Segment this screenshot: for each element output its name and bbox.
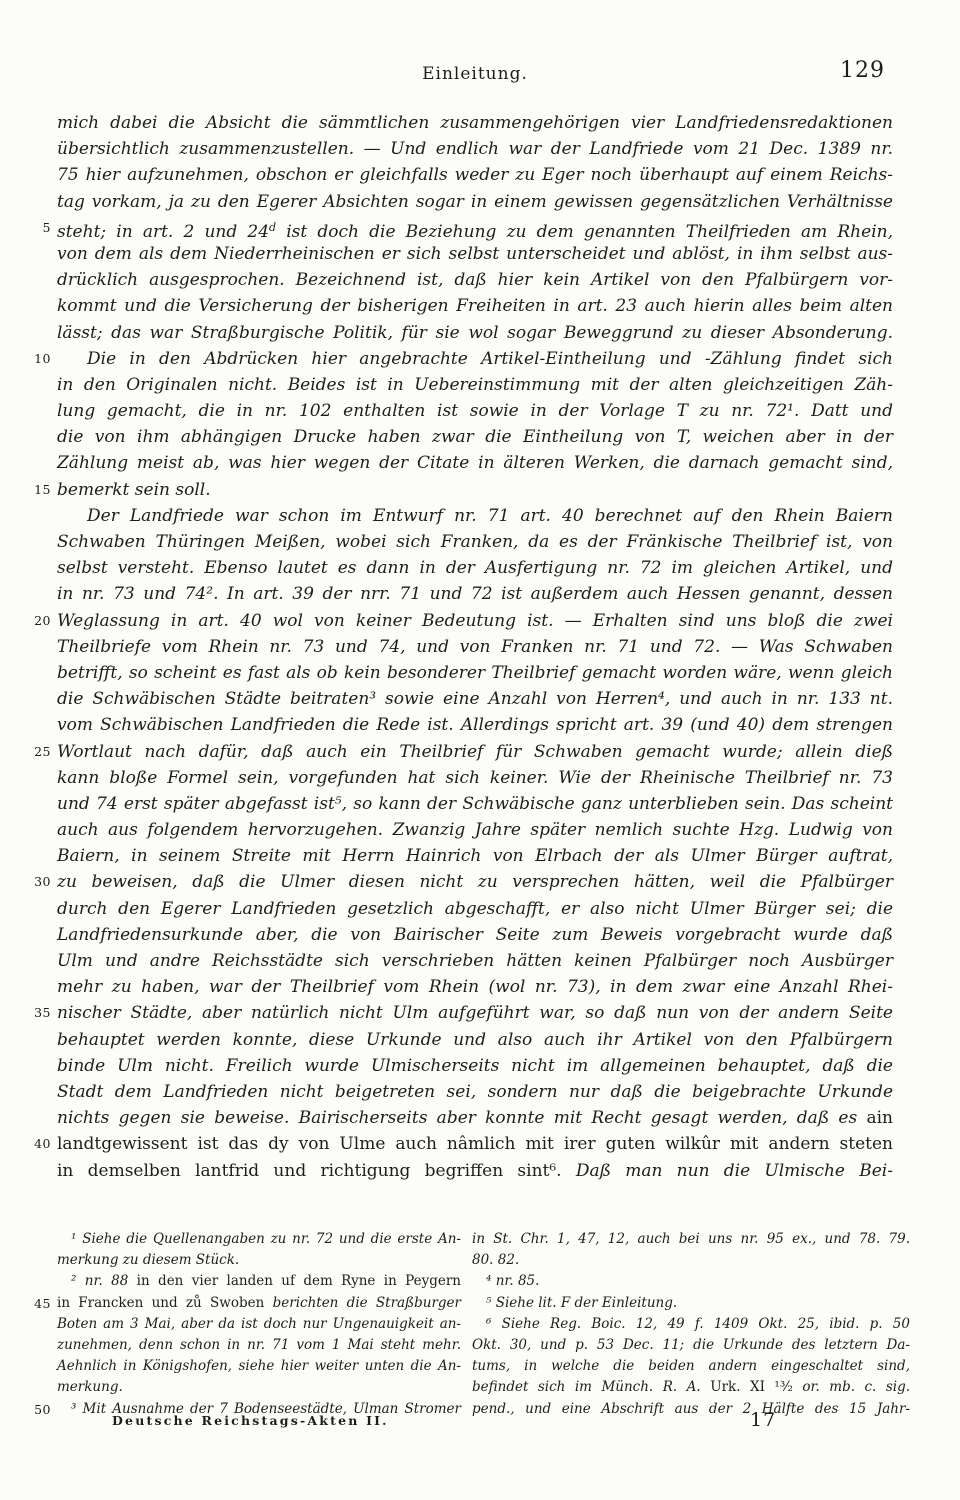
text-line: die von ihm abhängigen Drucke haben zwar… — [57, 424, 893, 450]
text-line: selbst versteht. Ebenso lautet es dann i… — [57, 555, 893, 581]
text-segment: Theilbriefe vom Rhein nr. 73 und 74, und… — [57, 637, 893, 657]
margin-line-number: 25 — [21, 739, 51, 765]
text-segment: Aehnlich in Königshofen, siehe hier weit… — [57, 1358, 461, 1374]
text-line: mich dabei die Absicht die sämmtlichen z… — [57, 110, 893, 136]
text-segment: Daß man nun die Ulmische Bei- — [562, 1161, 893, 1181]
text-segment: Die in den Abdrücken hier angebrachte Ar… — [87, 349, 893, 369]
text-line: 40landtgewissent ist das dy von Ulme auc… — [57, 1131, 893, 1157]
text-segment: auch aus folgendem hervorzugehen. Zwanzi… — [57, 820, 893, 840]
page-number: 129 — [840, 58, 885, 83]
text-segment: selbst versteht. Ebenso lautet es dann i… — [57, 558, 893, 578]
text-segment: tums, in welche die beiden andern einges… — [472, 1358, 910, 1374]
text-segment: steht; in art. 2 und 24 — [57, 222, 269, 242]
text-segment: und 74 erst später abgefasst ist⁵, so ka… — [57, 794, 893, 814]
text-line: die Schwäbischen Städte beitraten³ sowie… — [57, 686, 893, 712]
running-head: Einleitung. 129 — [57, 64, 893, 94]
sheet-number: 17 — [750, 1409, 776, 1431]
text-line: 5steht; in art. 2 und 24d ist doch die B… — [57, 215, 893, 241]
text-segment: ain — [866, 1108, 893, 1128]
text-segment: Baiern, in seinem Streite mit Herrn Hain… — [57, 846, 893, 866]
margin-line-number: 20 — [21, 608, 51, 634]
text-segment: zu beweisen, daß die Ulmer diesen nicht … — [57, 872, 893, 892]
text-line: ¹ Siehe die Quellenangaben zu nr. 72 und… — [57, 1229, 461, 1250]
text-line: 10Die in den Abdrücken hier angebrachte … — [57, 346, 893, 372]
text-segment: die von ihm abhängigen Drucke haben zwar… — [57, 427, 893, 447]
text-segment: nischer Städte, aber natürlich nicht Ulm… — [57, 1003, 893, 1023]
text-line: durch den Egerer Landfrieden gesetzlich … — [57, 896, 893, 922]
text-line: Boten am 3 Mai, aber da ist doch nur Ung… — [57, 1314, 461, 1335]
text-line: Aehnlich in Königshofen, siehe hier weit… — [57, 1356, 461, 1377]
text-segment: in den vier landen uf dem Ryne in Peyger… — [137, 1273, 461, 1289]
text-segment: behauptet werden konnte, diese Urkunde u… — [57, 1030, 893, 1050]
text-line: Zählung meist ab, was hier wegen der Cit… — [57, 450, 893, 476]
text-segment: binde Ulm nicht. Freilich wurde Ulmische… — [57, 1056, 893, 1076]
book-page: Einleitung. 129 mich dabei die Absicht d… — [0, 0, 960, 1500]
text-segment: ⁶ Siehe Reg. Boic. 12, 49 f. 1409 Okt. 2… — [486, 1316, 910, 1332]
text-line: in den Originalen nicht. Beides ist in U… — [57, 372, 893, 398]
text-line: vom Schwäbischen Landfrieden die Rede is… — [57, 712, 893, 738]
text-segment: in den Originalen nicht. Beides ist in U… — [57, 375, 893, 395]
text-segment: die Schwäbischen Städte beitraten³ sowie… — [57, 689, 893, 709]
text-line: Theilbriefe vom Rhein nr. 73 und 74, und… — [57, 634, 893, 660]
text-segment: mich dabei die Absicht die sämmtlichen z… — [57, 113, 893, 133]
text-line: Stadt dem Landfrieden nicht beigetreten … — [57, 1079, 893, 1105]
text-line: Okt. 30, und p. 53 Dec. 11; die Urkunde … — [472, 1335, 910, 1356]
text-line: nichts gegen sie beweise. Bairischerseit… — [57, 1105, 893, 1131]
text-line: ⁵ Siehe lit. F der Einleitung. — [472, 1293, 910, 1314]
text-segment: Ulm und andre Reichsstädte sich verschri… — [57, 951, 893, 971]
text-line: binde Ulm nicht. Freilich wurde Ulmische… — [57, 1053, 893, 1079]
text-line: 20Weglassung in art. 40 wol von keiner B… — [57, 608, 893, 634]
text-line: mehr zu haben, war der Theilbrief vom Rh… — [57, 974, 893, 1000]
text-line: kann bloße Formel sein, vorgefunden hat … — [57, 765, 893, 791]
text-segment: tag vorkam, ja zu den Egerer Absichten s… — [57, 192, 893, 212]
text-line: 25Wortlaut nach dafür, daß auch ein Thei… — [57, 739, 893, 765]
text-line: Baiern, in seinem Streite mit Herrn Hain… — [57, 843, 893, 869]
text-segment: merkung. — [57, 1379, 123, 1395]
margin-line-number: 40 — [21, 1131, 51, 1157]
text-line: in demselben lantfrid und richtigung beg… — [57, 1158, 893, 1184]
text-segment: in Francken und zů Swoben — [57, 1295, 273, 1311]
text-segment: in nr. 73 und 74². In art. 39 der nrr. 7… — [57, 584, 893, 604]
text-segment: drücklich ausgesprochen. Bezeichnend ist… — [57, 270, 893, 290]
text-segment: Wortlaut nach dafür, daß auch ein Theilb… — [57, 742, 893, 762]
text-segment: Stadt dem Landfrieden nicht beigetreten … — [57, 1082, 893, 1102]
text-line: und 74 erst später abgefasst ist⁵, so ka… — [57, 791, 893, 817]
text-line: 35nischer Städte, aber natürlich nicht U… — [57, 1000, 893, 1026]
margin-line-number: 30 — [21, 869, 51, 895]
text-segment: Urk. XI ¹³⁄₂ — [710, 1379, 802, 1395]
margin-line-number: 35 — [21, 1000, 51, 1026]
text-segment: lung gemacht, die in nr. 102 enthalten i… — [57, 401, 893, 421]
text-segment: merkung zu diesem Stück. — [57, 1252, 239, 1268]
text-line: lung gemacht, die in nr. 102 enthalten i… — [57, 398, 893, 424]
text-segment: Boten am 3 Mai, aber da ist doch nur Ung… — [57, 1316, 461, 1332]
text-line: 30zu beweisen, daß die Ulmer diesen nich… — [57, 869, 893, 895]
text-line: auch aus folgendem hervorzugehen. Zwanzi… — [57, 817, 893, 843]
series-signature: Deutsche Reichstags-Akten II. — [112, 1413, 389, 1428]
text-segment: in demselben lantfrid und richtigung beg… — [57, 1161, 562, 1181]
text-segment: ⁴ nr. 85. — [486, 1273, 539, 1289]
main-text-block: mich dabei die Absicht die sämmtlichen z… — [57, 110, 893, 1184]
text-segment: nichts gegen sie beweise. Bairischerseit… — [57, 1108, 866, 1128]
text-line: zunehmen, denn schon in nr. 71 vom 1 Mai… — [57, 1335, 461, 1356]
text-segment: Weglassung in art. 40 wol von keiner Bed… — [57, 611, 893, 631]
text-line: merkung zu diesem Stück. — [57, 1250, 461, 1271]
running-head-title: Einleitung. — [57, 64, 893, 84]
text-segment: ⁵ Siehe lit. F der Einleitung. — [486, 1295, 677, 1311]
margin-line-number: 5 — [21, 215, 51, 241]
text-line: kommt und die Versicherung der bisherige… — [57, 293, 893, 319]
text-segment: übersichtlich zusammenzustellen. — Und e… — [57, 139, 893, 159]
text-line: betrifft, so scheint es fast als ob kein… — [57, 660, 893, 686]
text-segment: 80. 82. — [472, 1252, 519, 1268]
text-segment: mehr zu haben, war der Theilbrief vom Rh… — [57, 977, 893, 997]
text-line: 15bemerkt sein soll. — [57, 477, 893, 503]
text-segment: 75 hier aufzunehmen, obschon er gleichfa… — [57, 165, 893, 185]
text-line: Ulm und andre Reichsstädte sich verschri… — [57, 948, 893, 974]
text-segment: bemerkt sein soll. — [57, 480, 211, 500]
text-segment: in St. Chr. 1, 47, 12, auch bei uns nr. … — [472, 1231, 910, 1247]
text-line: Landfriedensurkunde aber, die von Bairis… — [57, 922, 893, 948]
text-line: 80. 82. — [472, 1250, 910, 1271]
text-line: Schwaben Thüringen Meißen, wobei sich Fr… — [57, 529, 893, 555]
text-line: behauptet werden konnte, diese Urkunde u… — [57, 1027, 893, 1053]
text-segment: kann bloße Formel sein, vorgefunden hat … — [57, 768, 893, 788]
text-segment: or. mb. c. sig. — [802, 1379, 910, 1395]
text-segment: Schwaben Thüringen Meißen, wobei sich Fr… — [57, 532, 893, 552]
text-line: in St. Chr. 1, 47, 12, auch bei uns nr. … — [472, 1229, 910, 1250]
footnotes-right-column: in St. Chr. 1, 47, 12, auch bei uns nr. … — [472, 1229, 910, 1420]
text-segment: berichten die Straßburger — [273, 1295, 461, 1311]
text-line: ² nr. 88 in den vier landen uf dem Ryne … — [57, 1271, 461, 1292]
text-segment: Der Landfriede war schon im Entwurf nr. … — [87, 506, 893, 526]
text-line: drücklich ausgesprochen. Bezeichnend ist… — [57, 267, 893, 293]
text-segment: ¹ Siehe die Quellenangaben zu nr. 72 und… — [71, 1231, 461, 1247]
text-line: ⁴ nr. 85. — [472, 1271, 910, 1292]
text-line: Der Landfriede war schon im Entwurf nr. … — [57, 503, 893, 529]
margin-line-number: 45 — [21, 1293, 51, 1314]
text-segment: ² nr. 88 — [71, 1273, 137, 1289]
text-line: übersichtlich zusammenzustellen. — Und e… — [57, 136, 893, 162]
text-segment: landtgewissent ist das dy von Ulme auch … — [57, 1134, 893, 1154]
text-segment: kommt und die Versicherung der bisherige… — [57, 296, 893, 316]
text-segment: Zählung meist ab, was hier wegen der Cit… — [57, 453, 893, 473]
text-line: merkung. — [57, 1377, 461, 1398]
text-segment: vom Schwäbischen Landfrieden die Rede is… — [57, 715, 893, 735]
text-line: tums, in welche die beiden andern einges… — [472, 1356, 910, 1377]
margin-line-number: 15 — [21, 477, 51, 503]
text-segment: durch den Egerer Landfrieden gesetzlich … — [57, 899, 893, 919]
text-segment: Okt. 30, und p. 53 Dec. 11; die Urkunde … — [472, 1337, 910, 1353]
text-segment: zunehmen, denn schon in nr. 71 vom 1 Mai… — [57, 1337, 461, 1353]
text-segment: Landfriedensurkunde aber, die von Bairis… — [57, 925, 893, 945]
text-segment: betrifft, so scheint es fast als ob kein… — [57, 663, 893, 683]
margin-line-number: 50 — [21, 1399, 51, 1420]
text-segment: ist doch die Beziehung zu dem genannten … — [276, 222, 893, 242]
footnotes-left-column: ¹ Siehe die Quellenangaben zu nr. 72 und… — [57, 1229, 461, 1420]
text-segment: lässt; das war Straßburgische Politik, f… — [57, 323, 893, 343]
text-line: 45in Francken und zů Swoben berichten di… — [57, 1293, 461, 1314]
text-line: lässt; das war Straßburgische Politik, f… — [57, 320, 893, 346]
text-line: befindet sich im Münch. R. A. Urk. XI ¹³… — [472, 1377, 910, 1398]
text-line: tag vorkam, ja zu den Egerer Absichten s… — [57, 189, 893, 215]
text-line: von dem als dem Niederrheinischen er sic… — [57, 241, 893, 267]
margin-line-number: 10 — [21, 346, 51, 372]
text-line: pend., und eine Abschrift aus der 2 Hälf… — [472, 1399, 910, 1420]
text-segment: von dem als dem Niederrheinischen er sic… — [57, 244, 893, 264]
text-line: in nr. 73 und 74². In art. 39 der nrr. 7… — [57, 581, 893, 607]
text-line: ⁶ Siehe Reg. Boic. 12, 49 f. 1409 Okt. 2… — [472, 1314, 910, 1335]
text-segment: befindet sich im Münch. R. A. — [472, 1379, 710, 1395]
text-segment: pend., und eine Abschrift aus der 2 Hälf… — [472, 1401, 910, 1417]
text-line: 75 hier aufzunehmen, obschon er gleichfa… — [57, 162, 893, 188]
